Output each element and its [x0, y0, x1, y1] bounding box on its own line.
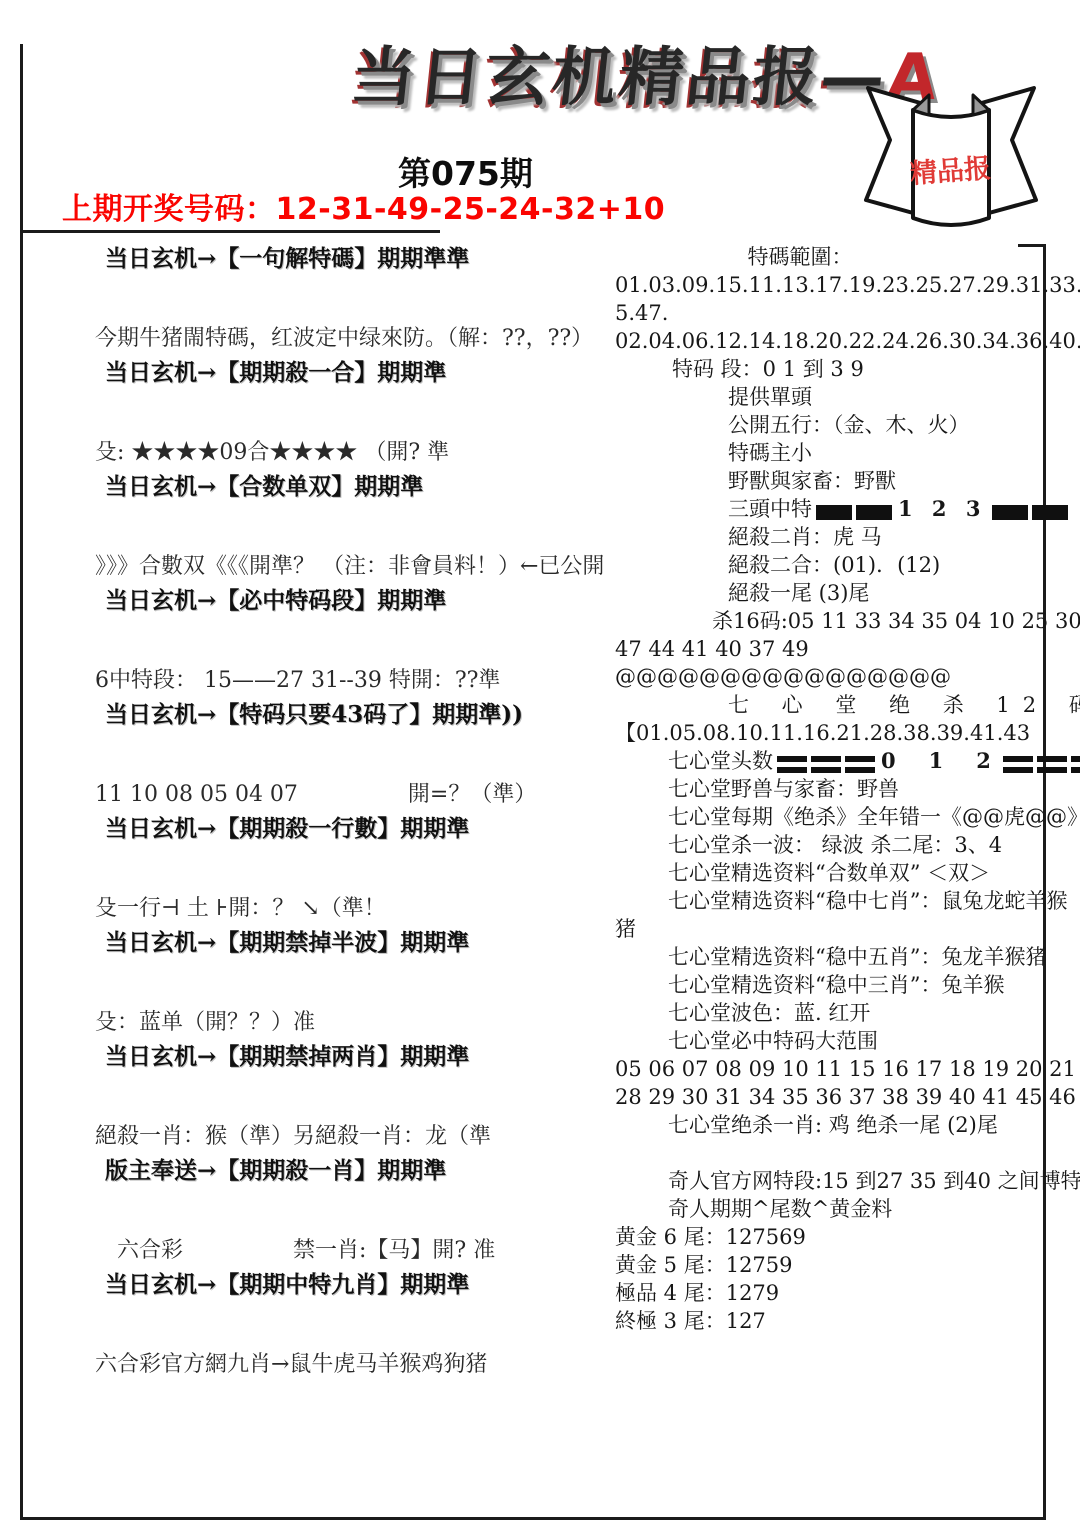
bars-line-values: 1 2 3: [896, 496, 988, 521]
kill-16-codes-line: 47 44 41 40 37 49: [615, 635, 1045, 663]
tip-block: 殳：蓝单（開？？）准当日玄机→【期期禁掉两肖】期期準: [95, 1006, 615, 1074]
black-bar: [856, 505, 892, 520]
tip-clue-line: 6中特段： 15——27 31--39 特開：??準: [95, 664, 615, 698]
five-elements-line: 公開五行：（金、木、火）: [615, 411, 1045, 439]
tip-highlight-line: 当日玄机→【特码只要43码了】期期準)): [95, 698, 615, 732]
last-draw-numbers: 12-31-49-25-24-32+10: [276, 192, 666, 227]
qixintang-12-codes: 【01.05.08.10.11.16.21.28.38.39.41.43: [615, 719, 1045, 747]
header-divider-line: [20, 230, 440, 233]
seal-text: 精品报: [909, 152, 992, 190]
gold-5-tails: 黄金 5 尾：12759: [615, 1251, 1045, 1279]
tip-highlight-line: 当日玄机→【合数单双】期期準: [95, 470, 615, 504]
tip-block: 殳一行⊣ 土 ⊦開：？ ↘（準！当日玄机→【期期禁掉半波】期期準: [95, 892, 615, 960]
right-column: 特碼範圍：01.03.09.15.11.13.17.19.23.25.27.29…: [615, 243, 1045, 1335]
last-draw-label: 上期开奖号码：: [62, 192, 276, 227]
qiren-segment-line: 奇人官方网特段:15 到27 35 到40 之间博特!!: [615, 1167, 1045, 1195]
odd-numbers-line: 5.47.: [615, 299, 1045, 327]
redacted-bars: [814, 497, 894, 525]
kill-one-tail-line: 絕殺一尾 (3)尾: [615, 579, 1045, 607]
data-line: 七心堂波色：蓝. 红开: [615, 999, 1045, 1027]
last-draw-line: 上期开奖号码：12-31-49-25-24-32+10: [62, 184, 665, 228]
data-line: 猪: [615, 915, 1045, 943]
three-heads-line: 三頭中特1 2 3: [615, 495, 1045, 523]
ribbon-seal-icon: 精品报: [860, 78, 1042, 236]
tip-block: 六合彩 禁一肖:【马】開? 准当日玄机→【期期中特九肖】期期準: [95, 1234, 615, 1302]
black-bar: [1003, 756, 1033, 773]
bars-line-label: 三頭中特: [728, 497, 812, 521]
special-code-segment: 特码 段：0 1 到 3 9: [615, 355, 1045, 383]
tip-clue-line: 》》》合數双《《《開準？ （注：非會員料！）←已公開: [95, 550, 615, 584]
data-line: 七心堂野兽与家畜：野兽: [615, 775, 1045, 803]
qiren-gold-header: 奇人期期^尾数^黄金料: [615, 1195, 1045, 1223]
tip-block: 今期牛猪閙特碼，红波定中绿來防。（解：??，??）当日玄机→【期期殺一合】期期準: [95, 322, 615, 390]
tip-block: 11 10 08 05 04 07 開=？（準）当日玄机→【期期殺一行數】期期準: [95, 778, 615, 846]
kill-two-sum-line: 絕殺二合：(01)．(12): [615, 551, 1045, 579]
tip-highlight-line: 当日玄机→【必中特码段】期期準: [95, 584, 615, 618]
kill-16-codes-line: 杀16码:05 11 33 34 35 04 10 25 30 46: [615, 607, 1045, 635]
separator-line: @@@@@@@@@@@@@@@@: [615, 663, 1045, 691]
bars-line-label: 七心堂头数: [668, 749, 773, 773]
ultimate-3-tails: 終極 3 尾：127: [615, 1307, 1045, 1335]
tip-block: 6中特段： 15——27 31--39 特開：??準当日玄机→【特码只要43码了…: [95, 664, 615, 732]
redacted-bars: [775, 749, 877, 777]
tip-clue-line: 殳：蓝单（開？？）准: [95, 1006, 615, 1040]
data-line: 提供單頭: [615, 383, 1045, 411]
tip-block: 絕殺一肖：猴（準）另絕殺一肖：龙（準版主奉送→【期期殺一肖】期期準: [95, 1120, 615, 1188]
redacted-bars: [1001, 749, 1080, 777]
qixintang-heads-line: 七心堂头数0 1 2: [615, 747, 1045, 775]
data-line: 七心堂绝杀一肖: 鸡 绝杀一尾 (2)尾: [615, 1111, 1045, 1139]
black-bar: [845, 756, 875, 773]
gold-6-tails: 黄金 6 尾：127569: [615, 1223, 1045, 1251]
black-bar: [1032, 505, 1068, 520]
tip-clue-line: 絕殺一肖：猴（準）另絕殺一肖：龙（準: [95, 1120, 615, 1154]
tip-block: 》》》合數双《《《開準？ （注：非會員料！）←已公開当日玄机→【必中特码段】期期…: [95, 550, 615, 618]
wild-vs-domestic-line: 野獸與家畜：野獸: [615, 467, 1045, 495]
tip-highlight-line: 当日玄机→【期期殺一行數】期期準: [95, 812, 615, 846]
black-bar: [811, 756, 841, 773]
tip-block: 当日玄机→【一句解特碼】期期準準: [95, 242, 615, 276]
tip-clue-line: 殳一行⊣ 土 ⊦開：？ ↘（準！: [95, 892, 615, 926]
tip-clue-line: 今期牛猪閙特碼，红波定中绿來防。（解：??，??）: [95, 322, 615, 356]
big-range-line: 05 06 07 08 09 10 11 15 16 17 18 19 20 2…: [615, 1055, 1045, 1083]
tip-clue-line: 殳: ★★★★09合★★★★ （開? 準: [95, 436, 615, 470]
tip-block: 六合彩官方網九肖→鼠牛虎马羊猴鸡狗猪: [95, 1348, 615, 1382]
tip-highlight-line: 当日玄机→【期期禁掉半波】期期準: [95, 926, 615, 960]
data-line: 七心堂每期《绝杀》全年错一《@@虎@@》: [615, 803, 1045, 831]
black-bar: [992, 505, 1028, 520]
data-line: 七心堂精选资料“稳中三肖”：兔羊猴: [615, 971, 1045, 999]
odd-numbers-line: 01.03.09.15.11.13.17.19.23.25.27.29.31.3…: [615, 271, 1045, 299]
even-numbers-line: 02.04.06.12.14.18.20.22.24.26.30.34.36.4…: [615, 327, 1045, 355]
left-column: 当日玄机→【一句解特碼】期期準準今期牛猪閙特碼，红波定中绿來防。（解：??，??…: [95, 242, 615, 1428]
black-bar: [816, 505, 852, 520]
data-line: 七心堂必中特码大范围: [615, 1027, 1045, 1055]
black-bar: [777, 756, 807, 773]
data-line: 七心堂精选资料“合数单双” ＜双＞: [615, 859, 1045, 887]
tip-clue-line: 11 10 08 05 04 07 開=？（準）: [95, 778, 615, 812]
tip-highlight-line: 当日玄机→【期期殺一合】期期準: [95, 356, 615, 390]
data-line: 七心堂精选资料“稳中七肖”：鼠兔龙蛇羊猴: [615, 887, 1045, 915]
black-bar: [1037, 756, 1067, 773]
tip-highlight-line: 当日玄机→【期期中特九肖】期期準: [95, 1268, 615, 1302]
tip-block: 殳: ★★★★09合★★★★ （開? 準当日玄机→【合数单双】期期準: [95, 436, 615, 504]
kill-two-zodiac-line: 絕殺二肖：虎 马: [615, 523, 1045, 551]
tip-highlight-line: 当日玄机→【期期禁掉两肖】期期準: [95, 1040, 615, 1074]
qixintang-header: 七 心 堂 绝 杀 12 码: [615, 691, 1045, 719]
lottery-tip-sheet-page: 当日玄机精品报—A 精品报 第075期 上期开奖号码：12-31-49-25-2…: [0, 0, 1080, 1527]
data-line: 七心堂杀一波： 绿波 杀二尾：3、4: [615, 831, 1045, 859]
black-bar: [1071, 756, 1080, 773]
masthead-title-text: 当日玄机精品报—: [347, 41, 891, 115]
tip-highlight-line: 版主奉送→【期期殺一肖】期期準: [95, 1154, 615, 1188]
data-line: 特碼主小: [615, 439, 1045, 467]
tip-highlight-line: 当日玄机→【一句解特碼】期期準準: [95, 242, 615, 276]
blank-line: [615, 1139, 1045, 1167]
bars-line-values: 0 1 2: [879, 748, 999, 773]
best-4-tails: 極品 4 尾：1279: [615, 1279, 1045, 1307]
redacted-bars: [990, 497, 1070, 525]
page-border-left: [20, 44, 23, 1520]
big-range-line: 28 29 30 31 34 35 36 37 38 39 40 41 45 4…: [615, 1083, 1045, 1111]
data-line: 七心堂精选资料“稳中五肖”：兔龙羊猴猪: [615, 943, 1045, 971]
page-border-bottom: [20, 1517, 1046, 1520]
tip-clue-line: 六合彩 禁一肖:【马】開? 准: [95, 1234, 615, 1268]
section-header-range: 特碼範圍：: [615, 243, 1045, 271]
tip-clue-line: 六合彩官方網九肖→鼠牛虎马羊猴鸡狗猪: [95, 1348, 615, 1382]
masthead-title: 当日玄机精品报—A: [347, 26, 945, 118]
